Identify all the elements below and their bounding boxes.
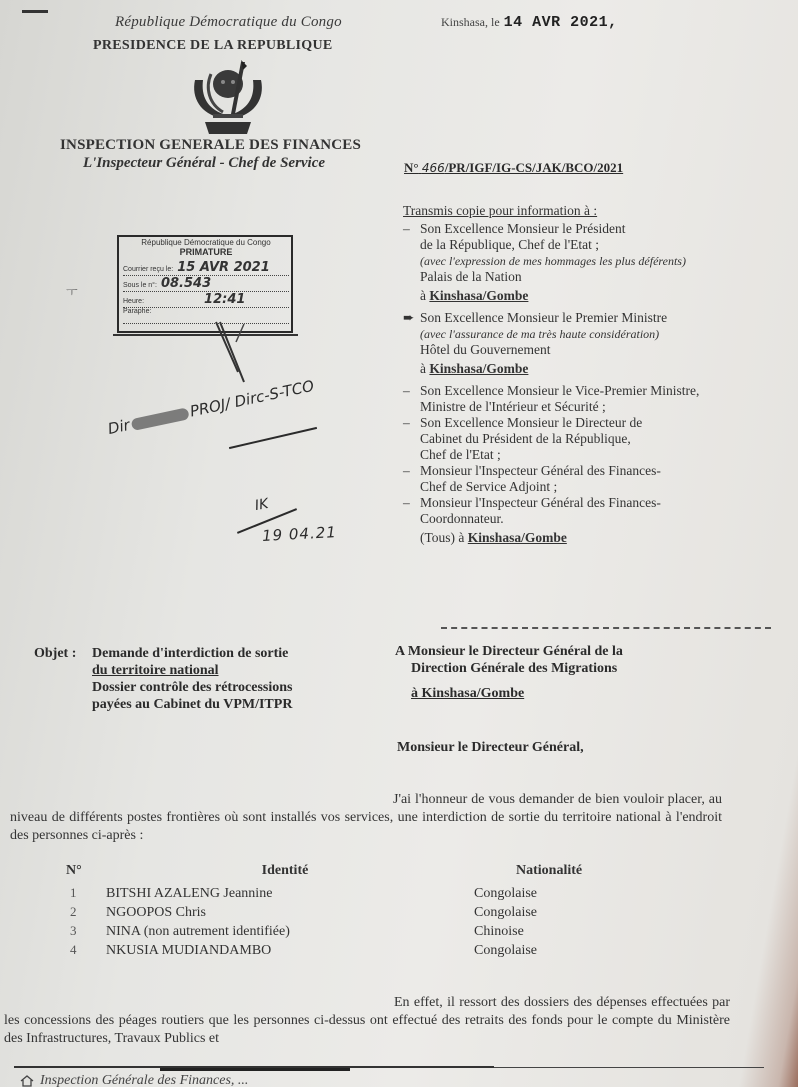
reception-stamp: République Démocratique du Congo PRIMATU… <box>117 235 293 333</box>
body-paragraph: En effet, il ressort des dossiers des dé… <box>4 994 730 1048</box>
stamp-office: PRIMATURE <box>123 247 289 257</box>
persons-table: N° Identité Nationalité 1 BITSHI AZALENG… <box>66 863 646 961</box>
salutation: Monsieur le Directeur Général, <box>397 740 584 756</box>
addressee-line: Direction Générale des Migrations <box>395 660 623 677</box>
copy-recipient: – Son Excellence Monsieur le Président d… <box>403 221 793 285</box>
place-label: Kinshasa, le <box>441 15 500 30</box>
date-stamp: 14 AVR 2021, <box>504 14 618 31</box>
coat-of-arms-icon <box>183 58 273 136</box>
separator-dashed-line <box>441 627 771 629</box>
copy-recipient: – Monsieur l'Inspecteur Général des Fina… <box>403 463 793 495</box>
table-header: N° Identité Nationalité <box>66 863 646 885</box>
copy-destination: à Kinshasa/Gombe <box>403 361 793 377</box>
house-icon <box>20 1075 34 1087</box>
subject-label: Objet : <box>34 645 92 713</box>
col-identity-header: Identité <box>106 863 464 879</box>
copy-recipient: ➨ Son Excellence Monsieur le Premier Min… <box>403 310 793 358</box>
stamp-number: 08.543 <box>161 276 211 291</box>
country-name-script: République Démocratique du Congo <box>115 14 342 31</box>
reference-code: /PR/IGF/IG-CS/JAK/BCO/2021 <box>445 160 623 175</box>
footer-rule-right <box>494 1067 764 1068</box>
place-date: Kinshasa, le 14 AVR 2021, <box>441 14 618 31</box>
table-row: 4 NKUSIA MUDIANDAMBO Congolaise <box>66 942 646 961</box>
copy-recipient: – Son Excellence Monsieur le Vice-Premie… <box>403 383 793 415</box>
handwritten-initials: IK <box>254 496 270 514</box>
copies-list: Transmis copie pour information à : – So… <box>403 203 793 552</box>
stamp-received-date: 15 AVR 2021 <box>177 260 270 275</box>
margin-mark <box>22 10 48 13</box>
subject-line: Demande d'interdiction de sortie <box>92 645 293 662</box>
ink-smudge <box>130 407 189 431</box>
reference-handwritten-number: 466 <box>422 161 445 175</box>
office-title: L'Inspecteur Général - Chef de Service <box>83 155 325 172</box>
subject-line: payées au Cabinet du VPM/ITPR <box>92 696 293 713</box>
table-row: 3 NINA (non autrement identifiée) Chinoi… <box>66 923 646 942</box>
body-paragraph: J'ai l'honneur de vous demander de bien … <box>10 791 722 845</box>
copies-heading: Transmis copie pour information à : <box>403 203 793 219</box>
addressee-block: A Monsieur le Directeur Général de la Di… <box>395 643 623 702</box>
col-nationality-header: Nationalité <box>464 863 582 879</box>
handwritten-date: 19 04.21 <box>262 523 338 545</box>
handwritten-underline <box>229 427 317 449</box>
subject-line: Dossier contrôle des rétrocessions <box>92 679 293 696</box>
stamp-country: République Démocratique du Congo <box>123 238 289 247</box>
signature-strokes <box>200 320 260 400</box>
col-number-header: N° <box>66 863 106 879</box>
addressee-destination: à Kinshasa/Gombe <box>395 685 623 702</box>
table-row: 2 NGOOPOS Chris Congolaise <box>66 904 646 923</box>
stamp-row-received: Courrier reçu le:15 AVR 2021 <box>123 260 289 276</box>
stamp-row-number: Sous le n°:08.543 <box>123 276 289 292</box>
footer: Inspection Générale des Finances, ... <box>20 1073 248 1087</box>
stamp-time: 12:41 <box>204 292 245 307</box>
subject-line: du territoire national <box>92 663 219 678</box>
stamp-row-time: Heure:12:41 <box>123 292 289 308</box>
addressee-line: A Monsieur le Directeur Général de la <box>395 643 623 660</box>
reference-number: N° 466/PR/IGF/IG-CS/JAK/BCO/2021 <box>404 160 623 176</box>
copy-recipient: – Son Excellence Monsieur le Directeur d… <box>403 415 793 463</box>
reference-prefix: N° <box>404 160 419 175</box>
footer-text: Inspection Générale des Finances, ... <box>40 1073 248 1087</box>
copy-recipient: – Monsieur l'Inspecteur Général des Fina… <box>403 495 793 527</box>
institution-heading: INSPECTION GENERALE DES FINANCES <box>60 137 361 154</box>
copies-all-destination: (Tous) à Kinshasa/Gombe <box>403 530 793 546</box>
footer-rule-thick <box>160 1068 350 1071</box>
subject-block: Objet : Demande d'interdiction de sortie… <box>34 645 293 713</box>
copy-destination: à Kinshasa/Gombe <box>403 288 793 304</box>
margin-tick: ㅜ <box>66 283 78 300</box>
presidency-heading: PRESIDENCE DE LA REPUBLIQUE <box>93 38 333 54</box>
table-row: 1 BITSHI AZALENG Jeannine Congolaise <box>66 885 646 904</box>
